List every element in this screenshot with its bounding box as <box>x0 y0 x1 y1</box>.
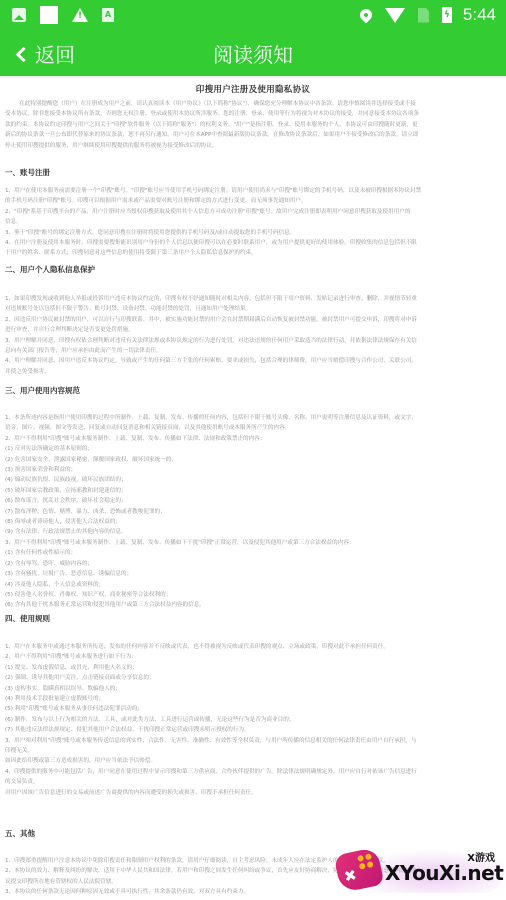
body-line: (9) 含有法律、行政法规禁止的其他内容的信息。 <box>5 527 501 537</box>
body-line: (5) 利用"印搜"账号或本服务从事任何违法犯罪活动的； <box>5 704 501 714</box>
body-line: 语音、图片、视频、图文等发送、回复或自动回复消息和相关链接页面，以及其他使用账号… <box>5 423 501 433</box>
body-line: 信息。 <box>5 217 501 227</box>
body-line: (5) 破坏国家宗教政策，宣扬邪教和封建迷信的； <box>5 486 501 496</box>
cross-icon: ✖ <box>342 866 358 886</box>
clock: 5:44 <box>463 5 496 25</box>
section-heading-content: 三、用户使用内容规范 <box>5 385 80 396</box>
section-body-usage-rules: 1、用户在本服务中或通过本服务所传送、发布的任何内容并不反映或代表，也不得被视为… <box>5 642 501 798</box>
section-heading-privacy: 二、用户个人隐私信息保护 <box>5 264 95 275</box>
system-icons: ϟ 5:44 <box>360 5 496 25</box>
body-line: 并使之免受损害。 <box>5 367 501 377</box>
wifi-icon <box>385 8 405 23</box>
blank-notification-icon <box>40 6 58 24</box>
section-heading-account: 一、账号注册 <box>5 167 50 178</box>
body-line: (4) 煽动民族仇恨、民族歧视，破坏民族团结的； <box>5 475 501 485</box>
body-line: 对用户因该广告信息进行的交易或前述广告商提供的内容而遭受的损失或损害，印搜不承担… <box>5 788 501 798</box>
body-line: (3) 含有骚扰、垃圾广告、恶意信息、诱骗信息的； <box>5 569 501 579</box>
watermark-main-label: XYouXi.net <box>385 861 503 885</box>
no-sim-icon <box>418 8 429 23</box>
battery-charging-icon: ϟ <box>442 7 452 23</box>
photo-notification-icon <box>12 8 26 22</box>
body-line: 对违规账号处以包括但不限于警告、账号封禁、设备封禁、功能封禁的处罚，且通知用户处… <box>5 304 501 314</box>
section-body-privacy: 1、如果印搜发现或收到他人举报或投诉用户违反本协议约定的，印搜有权不经通知随时对… <box>5 294 501 377</box>
body-line: (6) 含有其他干扰本服务正常运营和侵犯其他用户或第三方合法权益内容的信息。 <box>5 600 501 610</box>
body-line: 3、鉴于"印搜"账号的绑定注册方式，您同意印搜在注册时将使用您提供的手机号码及/… <box>5 228 501 238</box>
section-body-content: 1、本条所述内容是指用户使用印搜的过程中所制作、上载、复制、发布、传播的任何内容… <box>5 413 501 611</box>
body-line: (1) 反对宪法所确定的基本原则的； <box>5 444 501 454</box>
body-line: 3、用户不得利用"印搜"账号或本服务制作、上载、复制、发布、传播如下干扰"印搜"… <box>5 538 501 548</box>
agreement-document[interactable]: 印搜用户注册及使用隐私协议 在此特别提醒您（用户）在注册成为用户之前，请认真阅读… <box>0 79 506 900</box>
status-bar: ! A ϟ 5:44 <box>0 0 506 30</box>
intro-line: 新后的协议条款一旦公布即代替原来的协议条款，恕不再另行通知。用户可在本APP中查… <box>5 130 501 140</box>
body-line: (1) 含有任何性或性暗示的； <box>5 548 501 558</box>
intro-line: 受本协议。除非您接受本协议所有条款，否则您无权注册、登录或使用本协议所涉服务。您… <box>5 109 501 119</box>
body-line: 1、如果印搜发现或收到他人举报或投诉用户违反本协议约定的，印搜有权不经通知随时对… <box>5 294 501 304</box>
body-line: (4) 利用技术手段批量建立虚假账号的； <box>5 694 501 704</box>
body-line: (3) 虚构事实、隐瞒真相以误导、欺骗他人的； <box>5 684 501 694</box>
body-line: (5) 侵害他人名誉权、肖像权、知识产权、商业秘密等合法权利的； <box>5 590 501 600</box>
body-line: 2、用户不得利用"印搜"账号或本服务制作、上载、复制、发布、传播如下法律、法规和… <box>5 434 501 444</box>
body-line: 印搜无关。 <box>5 746 501 756</box>
warning-glyph: ! <box>78 11 82 21</box>
section-heading-usage-rules: 四、使用规则 <box>5 613 50 624</box>
body-line: 2、"印搜"系基于印搜平台的产品，用户注册时应当授权印搜获取及使用其个人信息方可… <box>5 207 501 217</box>
page-title: 阅读须知 <box>0 39 506 68</box>
body-line: 于用户的姓名、联系方式；印搜同意对这些信息的使用将受限于第三条用户个人隐私信息保… <box>5 248 501 258</box>
body-line: 1、本条所述内容是指用户使用印搜的过程中所制作、上载、复制、发布、传播的任何内容… <box>5 413 501 423</box>
body-line: 4、印搜提供的服务中可能包括广告，用户同意在使用过程中显示印搜和第三方供应商、合… <box>5 767 501 777</box>
body-line: 的交易负责， <box>5 777 501 787</box>
body-line: 1、用户在本服务中或通过本服务所传送、发布的任何内容并不反映或代表，也不得被视为… <box>5 642 501 652</box>
body-line: (6) 散布谣言，扰乱社会秩序，破坏社会稳定的； <box>5 496 501 506</box>
body-line: 的手机号码注册"印搜"账号。印搜可以根据用户需求或产品需要对账号注册和绑定的方式… <box>5 196 501 206</box>
section-body-account: 1、用户在使用本服务前需要注册一个"印搜"账号。"印搜"账号应当使用手机号码绑定… <box>5 186 501 259</box>
body-line: (2) 含有辱骂、恐吓、威胁内容的； <box>5 559 501 569</box>
body-line: (3) 损害国家荣誉和利益的； <box>5 465 501 475</box>
body-line: (1) 提交、发布虚假信息，或冒充、利用他人名义的； <box>5 663 501 673</box>
app-a-notification-icon: A <box>102 8 114 22</box>
body-line: (2) 强制、诱导其他用户关注、点击链接页面或分享信息的； <box>5 673 501 683</box>
document-title: 印搜用户注册及使用隐私协议 <box>0 83 506 95</box>
body-line: 息向有关部门报告等，用户应承担由此而产生的一切法律责任。 <box>5 346 501 356</box>
body-line: 3、用户理解并同意，印搜有权依合理判断对违反有关法律法规或本协议规定的行为进行处… <box>5 336 501 346</box>
body-line: 如因此给印搜或第三方造成损害的，用户应当依法予以赔偿。 <box>5 756 501 766</box>
body-line: (7) 散布淫秽、色情、赌博、暴力、凶杀、恐怖或者教唆犯罪的； <box>5 507 501 517</box>
intro-paragraph: 在此特别提醒您（用户）在注册成为用户之前，请认真阅读本《用户协议》（以下简称"协… <box>5 99 501 151</box>
warning-icon: ! <box>72 8 88 22</box>
body-line: (7) 其他违反法律法规规定、侵犯其他用户合法权益、干扰印搜正常运营或印搜未明示… <box>5 725 501 735</box>
xyouxi-watermark: ✖ X游戏 XYouXi.net <box>335 845 501 897</box>
body-line: 2、用户不得利用"印搜"账号或本服务进行如下行为： <box>5 652 501 662</box>
body-line: (8) 侮辱或者诽谤他人，侵害他人合法权益的； <box>5 517 501 527</box>
body-line: 4、在用户注册及使用本服务时，印搜需要搜集能识别用户身份的个人信息以便印搜可以在… <box>5 238 501 248</box>
body-line: (6) 制作、发布与以上行为相关的方法、工具，或对此类方法、工具进行运营或传播，… <box>5 715 501 725</box>
section-heading-other: 五、其他 <box>5 828 35 839</box>
body-line: 4、用户理解并同意，因用户违反本协议约定，导致或产生的任何第三方主张的任何索赔、… <box>5 356 501 366</box>
buttons-icon <box>357 853 374 870</box>
notification-icons: ! A <box>12 6 114 24</box>
location-icon <box>357 7 374 24</box>
body-line: 3、用户须对利用"印搜"账号或本服务传送信息的真实性、合法性、无害性、准确性、有… <box>5 736 501 746</box>
intro-line: 款的约束。本协议约定印搜与用户之间关于"印搜"软件服务（以下简称"服务"）的权利… <box>5 120 501 130</box>
body-line: (2) 危害国家安全，泄露国家秘密，颠覆国家政权，破坏国家统一的； <box>5 455 501 465</box>
app-bar: 返回 阅读须知 <box>0 30 506 76</box>
intro-line: 在此特别提醒您（用户）在注册成为用户之前，请认真阅读本《用户协议》（以下简称"协… <box>5 99 501 109</box>
intro-line: 停止使用印搜提供的服务，用户继续使用印搜提供的服务将被视为接受修改后的协议。 <box>5 141 501 151</box>
body-line: 1、用户在使用本服务前需要注册一个"印搜"账号。"印搜"账号应当使用手机号码绑定… <box>5 186 501 196</box>
body-line: 2、因违反用户协议被封禁的用户，可以自行与印搜联系。其中，被实施功能封禁的用户会… <box>5 315 501 325</box>
body-line: (4) 涉及他人隐私、个人信息或资料的； <box>5 580 501 590</box>
body-line: 进行审查，并自行合理判断决定是否变更处罚措施。 <box>5 325 501 335</box>
